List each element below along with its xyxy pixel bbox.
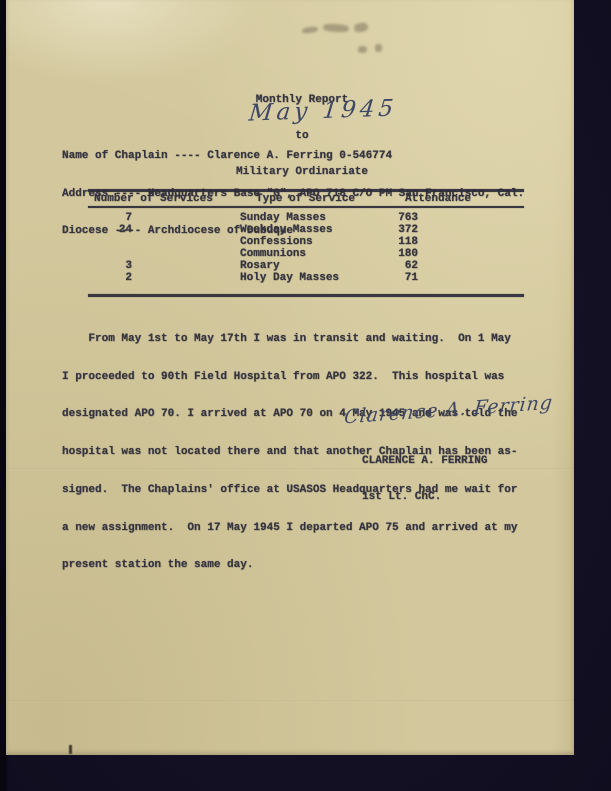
table-row: 2 Holy Day Masses 71 xyxy=(88,272,524,284)
pencil-smudge xyxy=(358,46,367,53)
cell-attendance: 62 xyxy=(376,260,418,273)
typed-signature-block: CLARENCE A. FERRING 1st Lt. ChC. xyxy=(362,431,487,527)
col-header-attendance: Attendance xyxy=(405,193,471,206)
paragraph-line: present station the same day. xyxy=(62,559,517,572)
table-row: 3 Rosary 62 xyxy=(88,260,524,272)
services-table: Number of Services Type of Service Atten… xyxy=(88,188,524,300)
cell-number: 2 xyxy=(88,272,132,285)
table-row: Communions 180 xyxy=(88,248,524,260)
table-row: Confessions 118 xyxy=(88,236,524,248)
table-row: 7 Sunday Masses 763 xyxy=(88,212,524,224)
col-header-type-of-service: Type of Service xyxy=(256,193,355,206)
cell-number: 7 xyxy=(88,212,132,225)
paragraph-line: From May 1st to May 17th I was in transi… xyxy=(62,333,517,346)
ink-speck xyxy=(69,745,72,754)
typed-signature-name: CLARENCE A. FERRING xyxy=(362,455,487,467)
cell-number: 3 xyxy=(88,260,132,273)
pencil-smudge xyxy=(353,22,368,33)
paper-crease xyxy=(6,700,574,702)
handwritten-date: May 1945 xyxy=(248,95,399,126)
cell-type: Weekday Masses xyxy=(240,224,332,237)
table-row: 24 Weekday Masses 372 xyxy=(88,224,524,236)
cell-attendance: 372 xyxy=(376,224,418,237)
cell-type: Confessions xyxy=(240,236,313,249)
cell-type: Sunday Masses xyxy=(240,212,326,225)
table-bottom-rule xyxy=(88,294,524,297)
cell-type: Rosary xyxy=(240,260,280,273)
cell-attendance: 71 xyxy=(376,272,418,285)
table-top-rule xyxy=(88,189,524,192)
chaplain-name-line: Name of Chaplain ---- Clarence A. Ferrin… xyxy=(62,150,524,163)
cell-type: Communions xyxy=(240,248,306,261)
table-header-rule xyxy=(88,206,524,208)
typed-signature-title: 1st Lt. ChC. xyxy=(362,491,487,503)
cell-attendance: 118 xyxy=(376,236,418,249)
document-paper: Monthly Report to Military Ordinariate M… xyxy=(6,0,574,755)
pencil-smudge xyxy=(323,23,349,33)
cell-type: Holy Day Masses xyxy=(240,272,339,285)
cell-attendance: 763 xyxy=(376,212,418,225)
col-header-number-of-services: Number of Services xyxy=(94,193,213,206)
pencil-smudge xyxy=(302,26,319,34)
cell-number: 24 xyxy=(88,224,132,237)
paragraph-line: I proceeded to 90th Field Hospital from … xyxy=(62,371,517,384)
cell-attendance: 180 xyxy=(376,248,418,261)
pencil-smudge xyxy=(375,44,382,52)
